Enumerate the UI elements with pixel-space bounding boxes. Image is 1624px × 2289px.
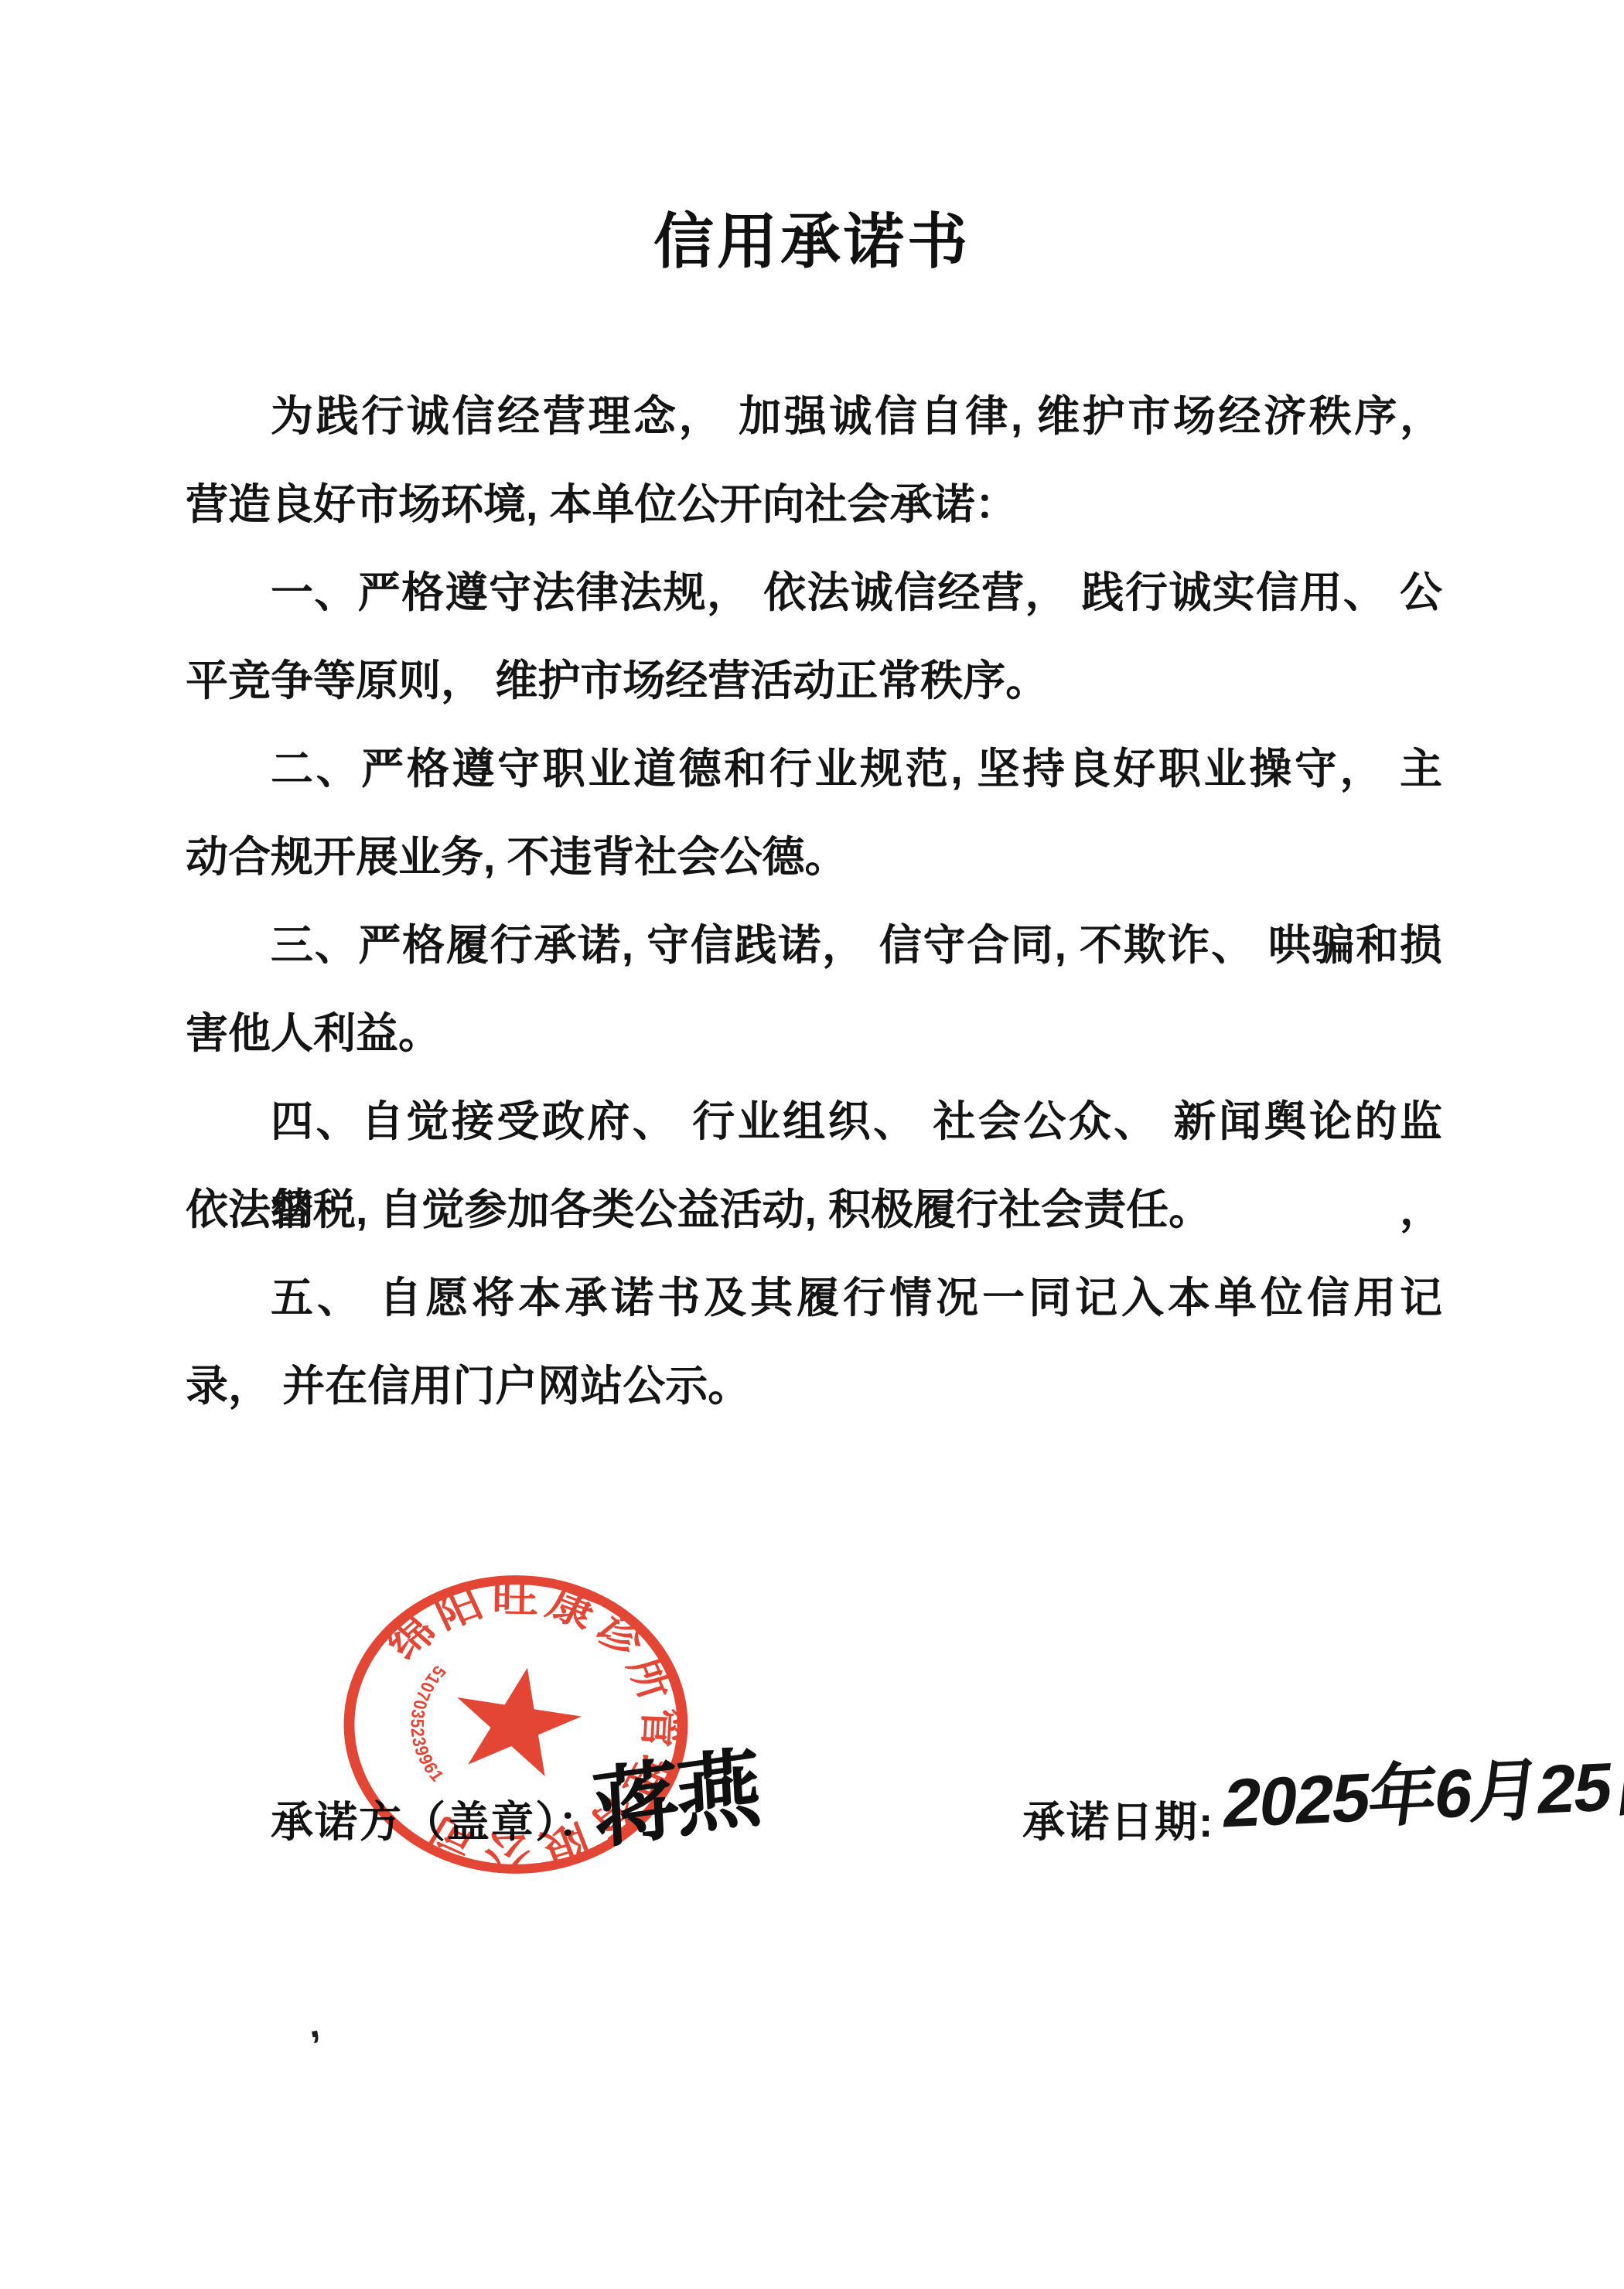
body-line: 二、严格遵守职业道德和行业规范, 坚持良好职业操守， 主: [186, 725, 1442, 813]
date-label: 承诺日期:: [1022, 1788, 1214, 1849]
body-line: 害他人利益。: [186, 989, 1442, 1077]
document-body: 为践行诚信经营理念， 加强诚信自律, 维护市场经济秩序， 营造良好市场环境, 本…: [186, 372, 1442, 1430]
body-line: 四、自觉接受政府、 行业组织、 社会公众、 新闻舆论的监督，: [186, 1077, 1442, 1165]
seal-star-icon: [444, 1658, 589, 1779]
body-line: 动合规开展业务, 不违背社会公德。: [186, 813, 1442, 901]
seal-registration-code: 5107035239961: [407, 1663, 450, 1786]
handwritten-date: 2025年6月25日: [1218, 1729, 1624, 1847]
body-line: 一、严格遵守法律法规， 依法诚信经营， 践行诚实信用、 公: [186, 548, 1442, 636]
body-line: 营造良好市场环境, 本单位公开向社会承诺：: [186, 460, 1442, 548]
body-line: 为践行诚信经营理念， 加强诚信自律, 维护市场经济秩序，: [186, 372, 1442, 460]
body-line: 平竞争等原则， 维护市场经营活动正常秩序。: [186, 636, 1442, 725]
document-title: 信用承诺书: [0, 193, 1624, 280]
body-line: 五、 自愿将本承诺书及其履行情况一同记入本单位信用记: [186, 1254, 1442, 1342]
stray-ink-mark: ,: [304, 2001, 322, 2047]
document-page: 信用承诺书 为践行诚信经营理念， 加强诚信自律, 维护市场经济秩序， 营造良好市…: [0, 0, 1624, 2289]
body-line: 三、严格履行承诺, 守信践诺， 信守合同, 不欺诈、 哄骗和损: [186, 901, 1442, 989]
body-line: 录， 并在信用门户网站公示。: [186, 1342, 1442, 1430]
handwritten-signature: 蒋燕: [589, 1718, 761, 1866]
